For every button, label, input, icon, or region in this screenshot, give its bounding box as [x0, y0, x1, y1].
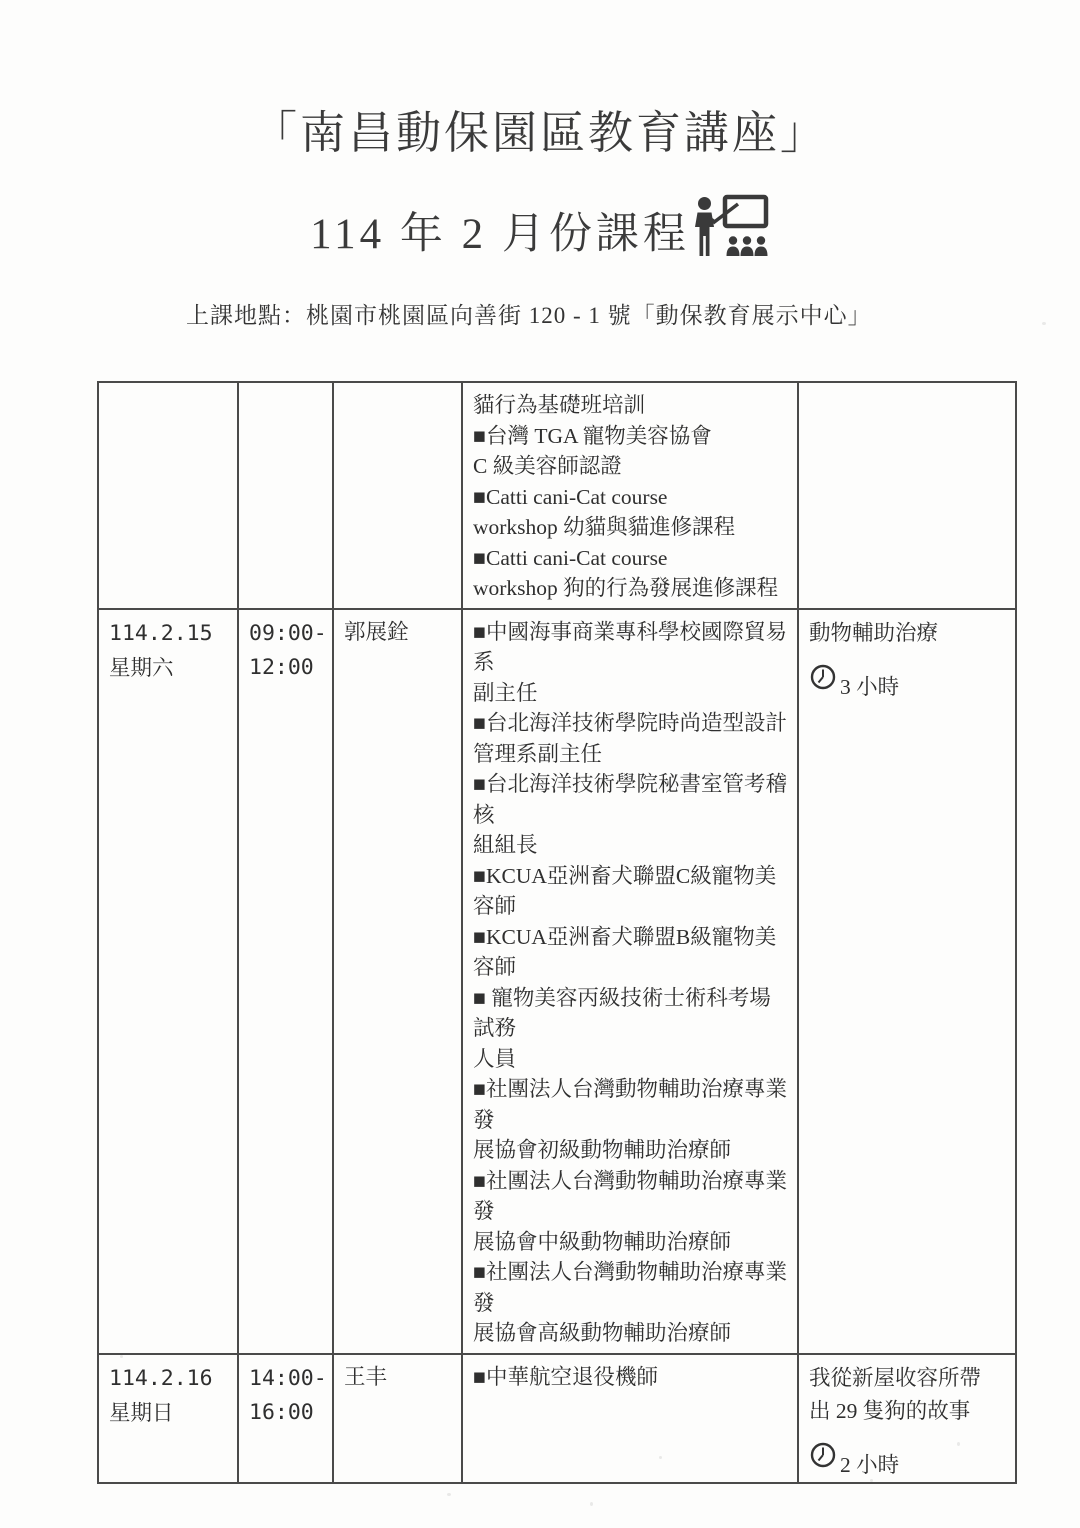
text-line: ■社團法人台灣動物輔助治療專業發 [473, 1074, 789, 1135]
scan-speck [870, 1479, 873, 1482]
text-line: ■KCUA亞洲畜犬聯盟B級寵物美容師 [473, 922, 789, 983]
text-line: 貓行為基礎班培訓 [473, 390, 789, 421]
credentials-cell: ■中華航空退役機師 [462, 1354, 798, 1483]
duration-value: 3 小時 [840, 675, 899, 700]
table-row: 114.2.15 星期六 09:00- 12:00 郭展銓 ■中國海事商業專科學… [98, 609, 1016, 1354]
scanned-page: 「南昌動保園區教育講座」 114 年 2 月份課程 上課地點：桃園市桃園區向善街… [0, 0, 1080, 1528]
lecture-icon [692, 194, 770, 267]
speaker-cell: 郭展銓 [333, 609, 462, 1354]
table-row: 貓行為基礎班培訓■台灣 TGA 寵物美容協會C 級美容師認證■Catti can… [98, 382, 1016, 609]
duration-value: 2 小時 [840, 1453, 899, 1478]
text-line: 動物輔助治療 [809, 617, 1007, 650]
date-cell: 114.2.15 星期六 [98, 609, 238, 1354]
speaker-name: 郭展銓 [344, 617, 453, 648]
text-line: 副主任 [473, 678, 789, 709]
scan-speck [120, 1355, 123, 1358]
time-cell: 09:00- 12:00 [238, 609, 333, 1354]
date-cell: 114.2.16 星期日 [98, 1354, 238, 1483]
topic-cell: 動物輔助治療 3 小時 [798, 609, 1016, 1354]
topic-cell: 我從新屋收容所帶出 29 隻狗的故事 2 小時 [798, 1354, 1016, 1483]
scan-speck [957, 1442, 960, 1446]
page-title: 「南昌動保園區教育講座」 [0, 96, 1080, 161]
table-row: 114.2.16 星期日 14:00- 16:00 王丰 ■中華航空退役機師 我… [98, 1354, 1016, 1483]
date-value: 114.2.16 [109, 1362, 229, 1396]
page-subtitle: 114 年 2 月份課程 [310, 204, 690, 266]
location-line: 上課地點：桃園市桃園區向善街 120 - 1 號「動保教育展示中心」 [186, 297, 872, 330]
subtitle-row: 114 年 2 月份課程 [0, 204, 1080, 267]
schedule-table: 貓行為基礎班培訓■台灣 TGA 寵物美容協會C 級美容師認證■Catti can… [97, 381, 1017, 1484]
text-line: ■Catti cani-Cat course [473, 482, 789, 513]
credentials-cell: 貓行為基礎班培訓■台灣 TGA 寵物美容協會C 級美容師認證■Catti can… [462, 382, 798, 609]
duration-row: 3 小時 [809, 663, 1007, 700]
speaker-cell [333, 382, 462, 609]
text-line: 出 29 隻狗的故事 [809, 1395, 1007, 1428]
speaker-cell: 王丰 [333, 1354, 462, 1483]
text-line: ■台北海洋技術學院秘書室管考稽核 [473, 769, 789, 830]
time-cell: 14:00- 16:00 [238, 1354, 333, 1483]
text-line: workshop 幼貓與貓進修課程 [473, 512, 789, 543]
text-line: 展協會高級動物輔助治療師 [473, 1318, 789, 1349]
scan-speck [447, 1493, 451, 1496]
text-line: 組組長 [473, 830, 789, 861]
text-line: 展協會初級動物輔助治療師 [473, 1135, 789, 1166]
scan-speck [590, 1502, 593, 1506]
text-line: ■社團法人台灣動物輔助治療專業發 [473, 1257, 789, 1318]
speaker-name: 王丰 [344, 1362, 453, 1393]
text-line: ■中國海事商業專科學校國際貿易系 [473, 617, 789, 678]
scan-speck [1042, 322, 1046, 325]
date-cell [98, 382, 238, 609]
text-line: ■Catti cani-Cat course [473, 543, 789, 574]
duration-row: 2 小時 [809, 1441, 1007, 1478]
time-end: 16:00 [249, 1396, 324, 1430]
text-line: ■中華航空退役機師 [473, 1362, 789, 1393]
text-line: C 級美容師認證 [473, 451, 789, 482]
text-line: ■台灣 TGA 寵物美容協會 [473, 421, 789, 452]
text-line: 人員 [473, 1044, 789, 1075]
credentials-cell: ■中國海事商業專科學校國際貿易系副主任■台北海洋技術學院時尚造型設計管理系副主任… [462, 609, 798, 1354]
scan-speck [659, 1456, 662, 1459]
weekday-value: 星期日 [109, 1396, 229, 1430]
topic-cell [798, 382, 1016, 609]
clock-icon [809, 663, 837, 700]
date-value: 114.2.15 [109, 617, 229, 651]
time-start: 14:00- [249, 1362, 324, 1396]
text-line: workshop 狗的行為發展進修課程 [473, 573, 789, 604]
text-line: 我從新屋收容所帶 [809, 1362, 1007, 1395]
text-line: ■台北海洋技術學院時尚造型設計 [473, 708, 789, 739]
text-line: ■KCUA亞洲畜犬聯盟C級寵物美容師 [473, 861, 789, 922]
text-line: ■社團法人台灣動物輔助治療專業發 [473, 1166, 789, 1227]
time-end: 12:00 [249, 651, 324, 685]
text-line: 展協會中級動物輔助治療師 [473, 1227, 789, 1258]
weekday-value: 星期六 [109, 651, 229, 685]
clock-icon [809, 1441, 837, 1478]
text-line: 管理系副主任 [473, 739, 789, 770]
time-start: 09:00- [249, 617, 324, 651]
text-line: ■ 寵物美容丙級技術士術科考場試務 [473, 983, 789, 1044]
time-cell [238, 382, 333, 609]
